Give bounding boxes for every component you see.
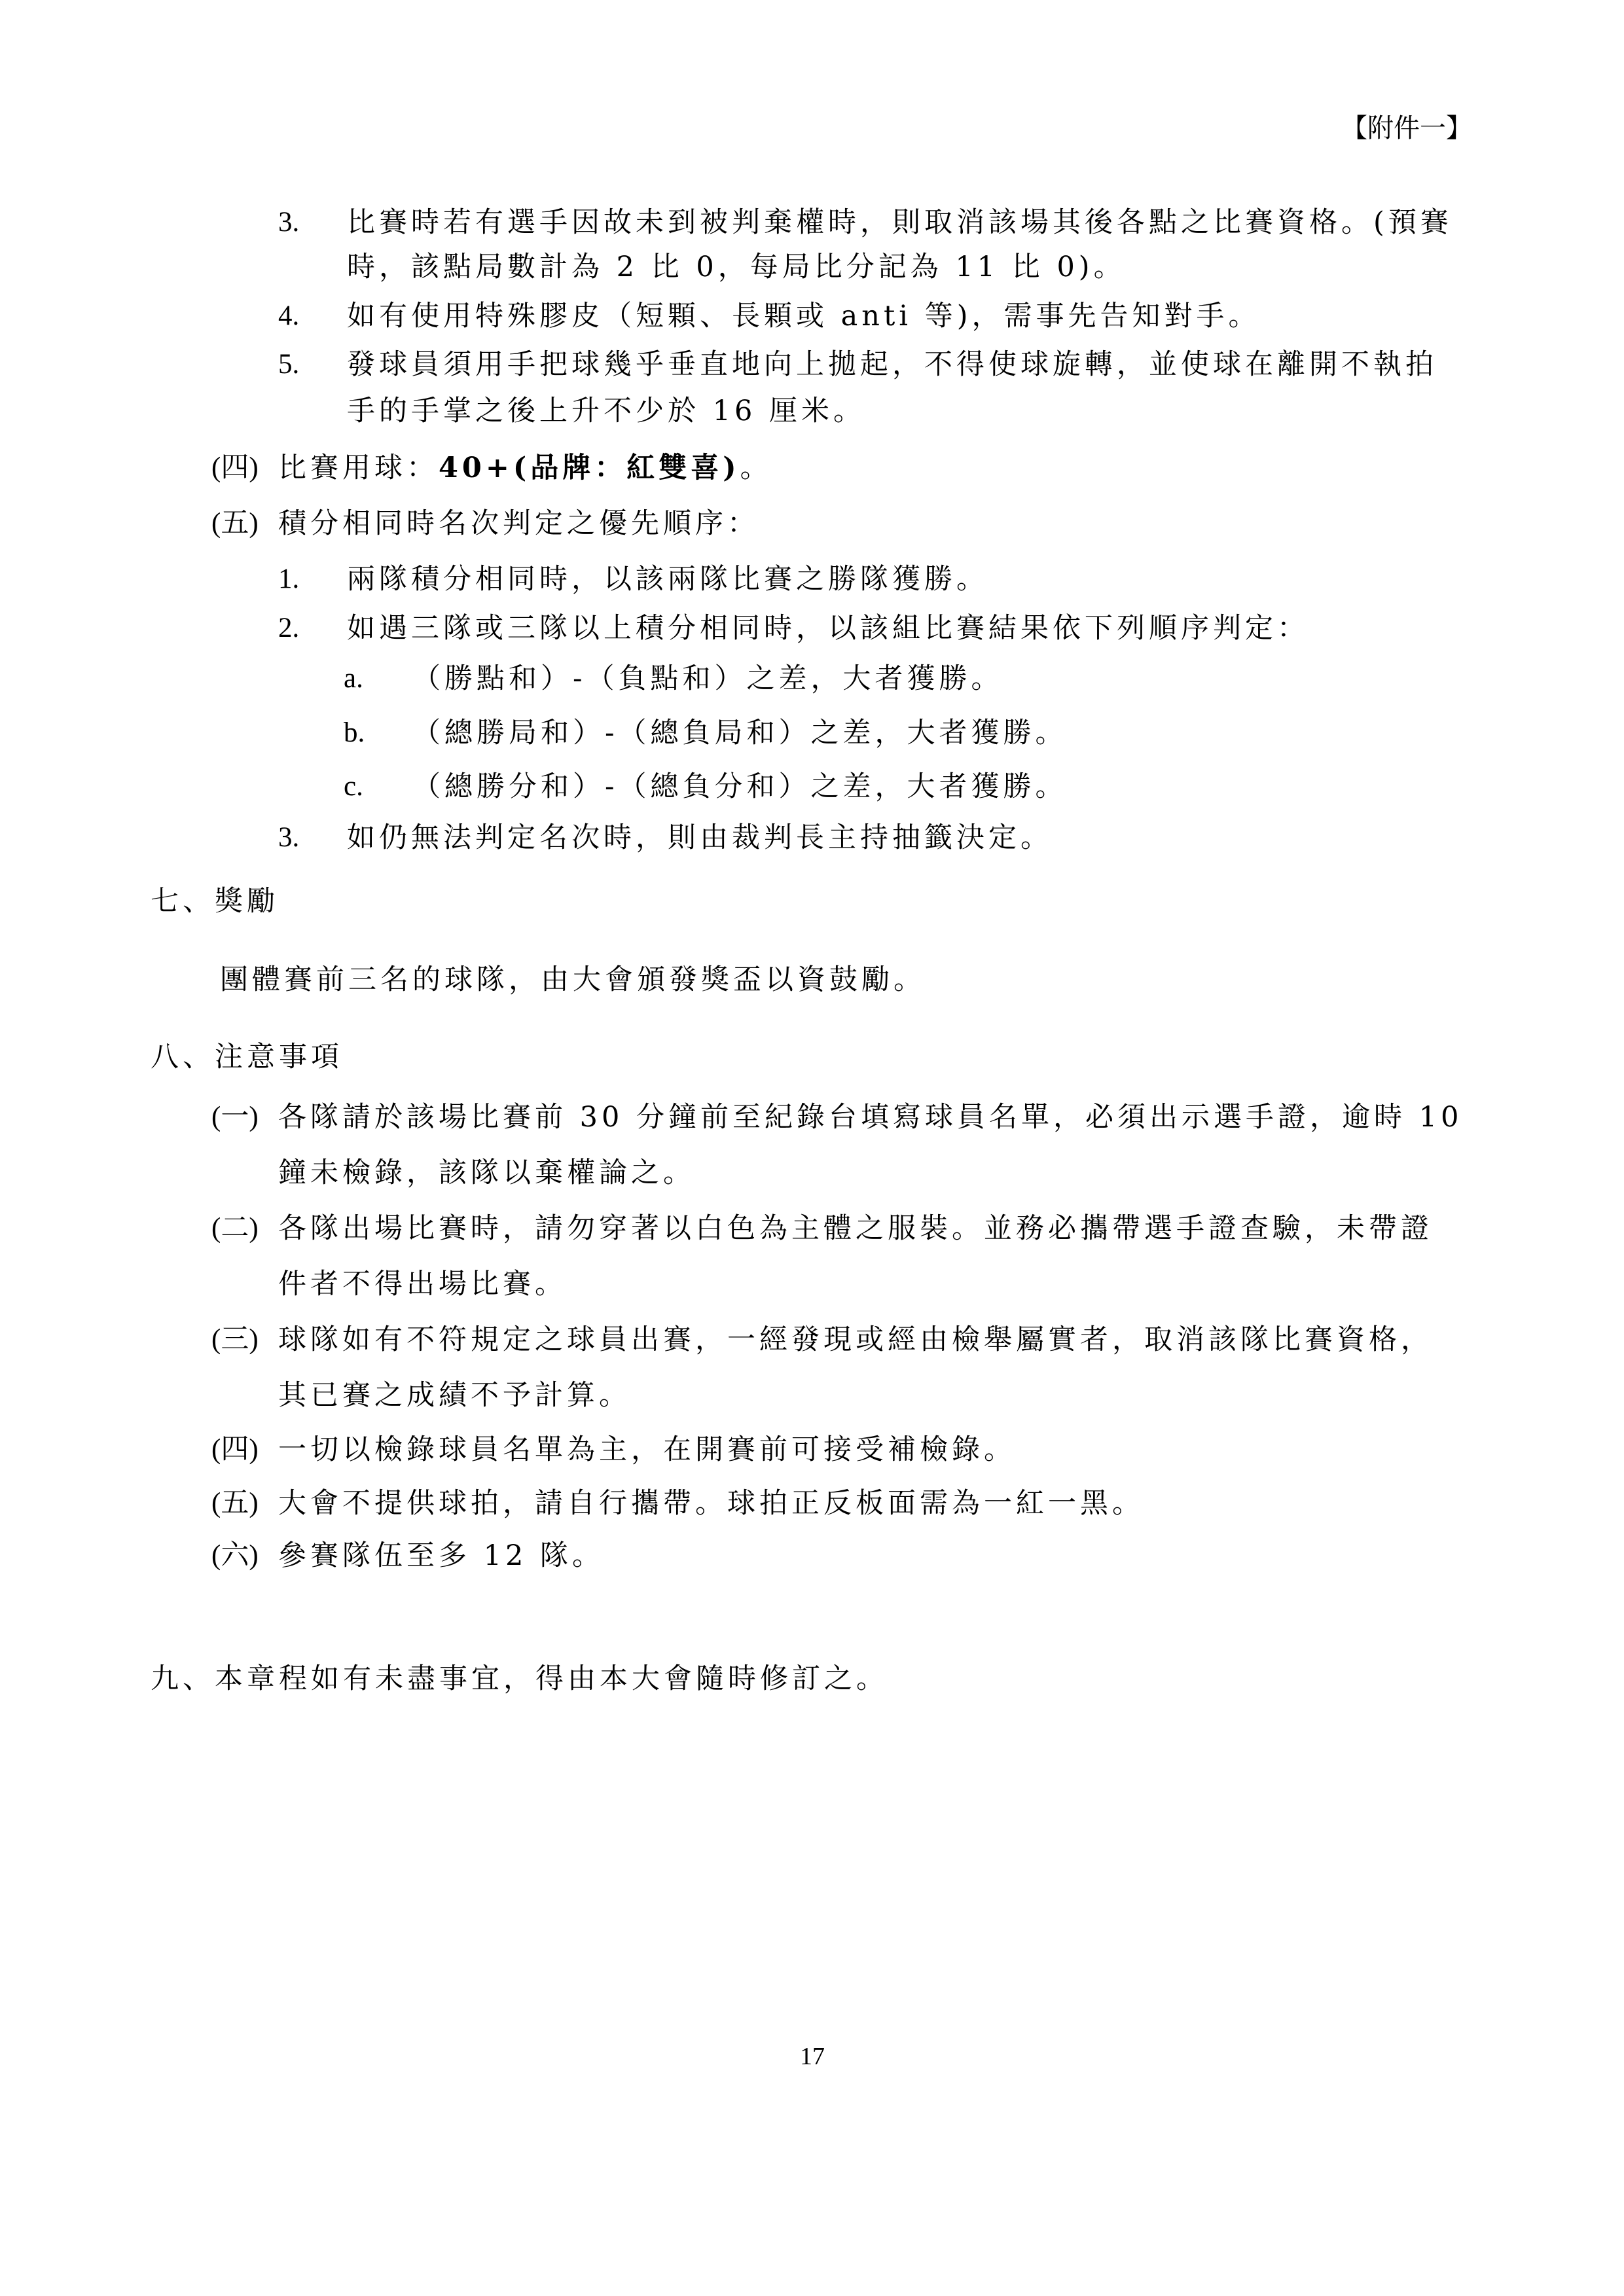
tiebreak-subrule-a: （勝點和）-（負點和）之差，大者獲勝。 [412,662,1003,695]
note-4: 一切以檢錄球員名單為主，在開賽前可接受補檢錄。 [278,1433,1016,1466]
list-number: (二) [211,1212,259,1245]
note-5: 大會不提供球拍，請自行攜帶。球拍正反板面需為一紅一黑。 [278,1487,1144,1520]
list-number: (一) [211,1101,259,1134]
page-number: 17 [800,2042,825,2071]
list-letter: c. [344,770,363,803]
rule-item-3-line2: 時，該點局數計為 2 比 0，每局比分記為 11 比 0)。 [347,251,1126,283]
tiebreak-title: 積分相同時名次判定之優先順序： [278,507,759,540]
rule-item-5-line1: 發球員須用手把球幾乎垂直地向上拋起，不得使球旋轉，並使球在離開不執拍 [347,348,1437,381]
section-heading-amendments: 九、本章程如有未盡事宜，得由本大會隨時修訂之。 [151,1662,888,1695]
match-ball-brand: 40+(品牌：紅雙喜) [439,452,740,484]
rule-item-4: 如有使用特殊膠皮（短顆、長顆或 anti 等)，需事先告知對手。 [347,300,1260,332]
list-number: (四) [211,1433,259,1466]
match-ball-spec: 比賽用球：40+(品牌：紅雙喜)。 [278,452,772,484]
list-number: 4. [278,300,299,332]
note-3-line2: 其已賽之成績不予計算。 [278,1379,631,1412]
tiebreak-rule-2: 如遇三隊或三隊以上積分相同時，以該組比賽結果依下列順序判定： [347,612,1309,645]
list-number: (四) [211,452,259,484]
match-ball-label: 比賽用球： [278,452,439,484]
section-heading-notes: 八、注意事項 [151,1041,343,1073]
attachment-label: 【附件一】 [1341,113,1472,144]
list-number: (五) [211,507,259,540]
note-2-line1: 各隊出場比賽時，請勿穿著以白色為主體之服裝。並務必攜帶選手證查驗，未帶證 [278,1212,1433,1245]
list-number: (三) [211,1323,259,1356]
list-number: 1. [278,563,299,596]
list-number: 3. [278,821,299,854]
match-ball-suffix: 。 [740,452,772,484]
tiebreak-subrule-c: （總勝分和）-（總負分和）之差，大者獲勝。 [412,770,1068,803]
note-1-line1: 各隊請於該場比賽前 30 分鐘前至紀錄台填寫球員名單，必須出示選手證，逾時 10 [278,1101,1462,1134]
rule-item-3-line1: 比賽時若有選手因故未到被判棄權時，則取消該場其後各點之比賽資格。(預賽 [347,206,1453,239]
list-letter: b. [344,717,365,749]
note-3-line1: 球隊如有不符規定之球員出賽，一經發現或經由檢舉屬實者，取消該隊比賽資格， [278,1323,1433,1356]
list-number: (五) [211,1487,259,1520]
list-number: 5. [278,348,299,381]
note-6: 參賽隊伍至多 12 隊。 [278,1539,604,1572]
list-number: 3. [278,206,299,239]
note-2-line2: 件者不得出場比賽。 [278,1268,567,1300]
awards-body: 團體賽前三名的球隊，由大會頒發獎盃以資鼓勵。 [220,963,926,996]
list-number: (六) [211,1539,259,1572]
rule-item-5-line2: 手的手掌之後上升不少於 16 厘米。 [347,395,865,427]
tiebreak-rule-3: 如仍無法判定名次時，則由裁判長主持抽籤決定。 [347,821,1053,854]
section-heading-awards: 七、獎勵 [151,885,279,918]
note-1-line2: 鐘未檢錄，該隊以棄權論之。 [278,1157,695,1189]
tiebreak-rule-1: 兩隊積分相同時，以該兩隊比賽之勝隊獲勝。 [347,563,988,596]
tiebreak-subrule-b: （總勝局和）-（總負局和）之差，大者獲勝。 [412,717,1068,749]
list-letter: a. [344,662,363,695]
list-number: 2. [278,612,299,645]
